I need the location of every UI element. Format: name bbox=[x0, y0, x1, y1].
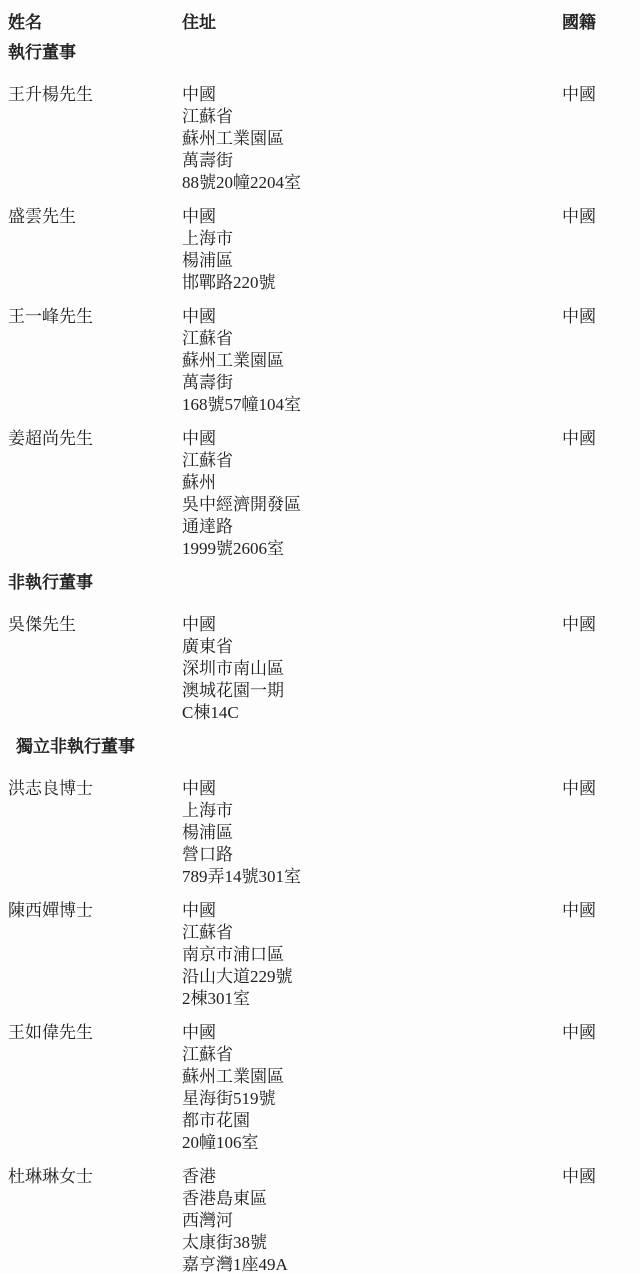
table-header: 姓名 住址 國籍 bbox=[8, 12, 640, 34]
director-nationality: 中國 bbox=[562, 84, 640, 106]
director-row: 盛雲先生 中國 上海市 楊浦區 邯鄲路220號 中國 bbox=[8, 206, 640, 294]
director-nationality: 中國 bbox=[562, 614, 640, 636]
section-title-independent-non-executive-directors: 獨立非執行董事 bbox=[8, 736, 640, 758]
director-name: 盛雲先生 bbox=[8, 206, 182, 228]
director-name: 王一峰先生 bbox=[8, 306, 182, 328]
director-address: 中國 上海市 楊浦區 邯鄲路220號 bbox=[182, 206, 562, 294]
column-header-nationality: 國籍 bbox=[562, 12, 640, 34]
director-address: 中國 上海市 楊浦區 營口路 789弄14號301室 bbox=[182, 778, 562, 888]
director-address: 中國 江蘇省 南京市浦口區 沿山大道229號 2棟301室 bbox=[182, 900, 562, 1010]
director-nationality: 中國 bbox=[562, 900, 640, 922]
director-row: 王升楊先生 中國 江蘇省 蘇州工業園區 萬壽街 88號20幢2204室 中國 bbox=[8, 84, 640, 194]
director-nationality: 中國 bbox=[562, 1022, 640, 1044]
director-nationality: 中國 bbox=[562, 206, 640, 228]
director-nationality: 中國 bbox=[562, 1166, 640, 1188]
section-title-non-executive-directors: 非執行董事 bbox=[8, 572, 640, 594]
director-address: 中國 江蘇省 蘇州工業園區 萬壽街 88號20幢2204室 bbox=[182, 84, 562, 194]
director-row: 王一峰先生 中國 江蘇省 蘇州工業園區 萬壽街 168號57幢104室 中國 bbox=[8, 306, 640, 416]
directors-page: 姓名 住址 國籍 執行董事 王升楊先生 中國 江蘇省 蘇州工業園區 萬壽街 88… bbox=[0, 0, 640, 1274]
director-row: 杜琳琳女士 香港 香港島東區 西灣河 太康街38號 嘉亨灣1座49A 中國 bbox=[8, 1166, 640, 1274]
director-nationality: 中國 bbox=[562, 778, 640, 800]
director-address: 中國 江蘇省 蘇州 吳中經濟開發區 通達路 1999號2606室 bbox=[182, 428, 562, 560]
director-row: 吳傑先生 中國 廣東省 深圳市南山區 澳城花園一期 C棟14C 中國 bbox=[8, 614, 640, 724]
director-name: 杜琳琳女士 bbox=[8, 1166, 182, 1188]
director-name: 王如偉先生 bbox=[8, 1022, 182, 1044]
director-name: 吳傑先生 bbox=[8, 614, 182, 636]
director-name: 姜超尚先生 bbox=[8, 428, 182, 450]
director-nationality: 中國 bbox=[562, 428, 640, 450]
director-address: 中國 江蘇省 蘇州工業園區 星海街519號 都市花園 20幢106室 bbox=[182, 1022, 562, 1154]
director-name: 洪志良博士 bbox=[8, 778, 182, 800]
director-address: 中國 廣東省 深圳市南山區 澳城花園一期 C棟14C bbox=[182, 614, 562, 724]
director-name: 陳西嬋博士 bbox=[8, 900, 182, 922]
director-row: 姜超尚先生 中國 江蘇省 蘇州 吳中經濟開發區 通達路 1999號2606室 中… bbox=[8, 428, 640, 560]
column-header-name: 姓名 bbox=[8, 12, 182, 34]
column-header-address: 住址 bbox=[182, 12, 562, 34]
director-row: 洪志良博士 中國 上海市 楊浦區 營口路 789弄14號301室 中國 bbox=[8, 778, 640, 888]
director-nationality: 中國 bbox=[562, 306, 640, 328]
section-title-executive-directors: 執行董事 bbox=[8, 42, 640, 64]
director-address: 中國 江蘇省 蘇州工業園區 萬壽街 168號57幢104室 bbox=[182, 306, 562, 416]
director-row: 陳西嬋博士 中國 江蘇省 南京市浦口區 沿山大道229號 2棟301室 中國 bbox=[8, 900, 640, 1010]
director-address: 香港 香港島東區 西灣河 太康街38號 嘉亨灣1座49A bbox=[182, 1166, 562, 1274]
director-name: 王升楊先生 bbox=[8, 84, 182, 106]
director-row: 王如偉先生 中國 江蘇省 蘇州工業園區 星海街519號 都市花園 20幢106室… bbox=[8, 1022, 640, 1154]
